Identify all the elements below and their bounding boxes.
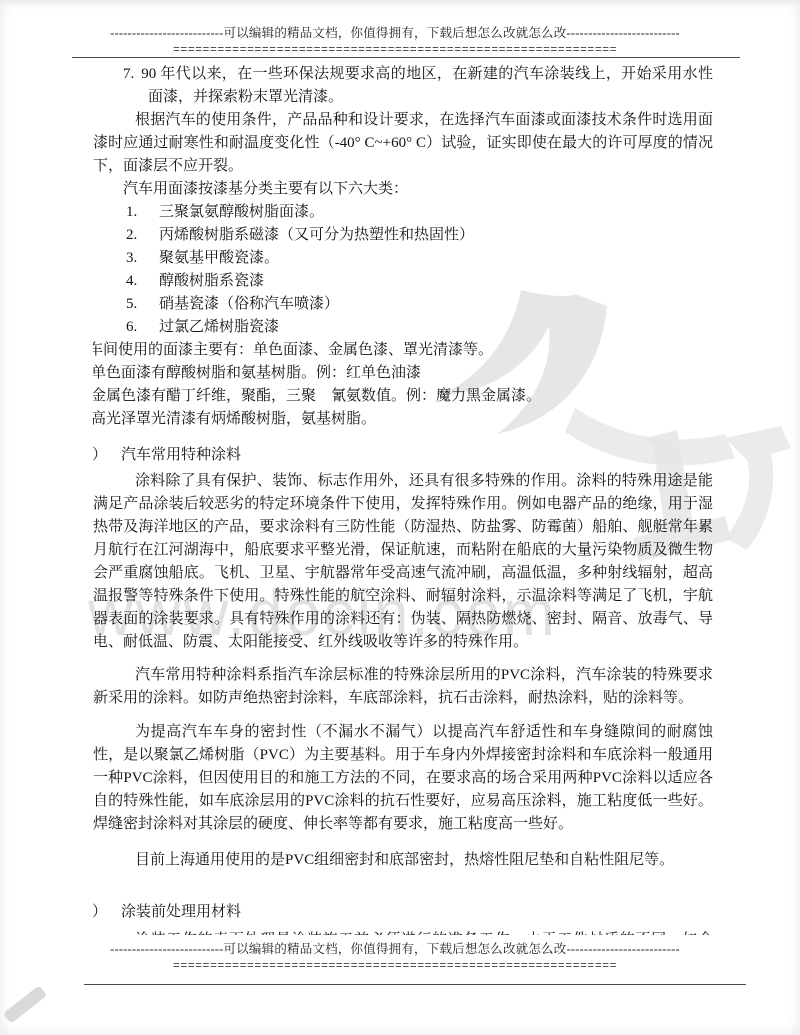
list-item-text: 高光泽罩光清漆有炳烯酸树脂，氨基树脂。: [93, 411, 376, 427]
header-banner-text: --------------------------可以编辑的精品文档，你值得拥…: [60, 23, 730, 41]
section-4-paragraph-3: 为提高汽车车身的密封性（不漏水不漏气）以提高汽车舒适性和车身缝隙间的耐腐蚀性，是…: [93, 721, 713, 836]
list-item: 3.聚氨基甲酸瓷漆。: [126, 247, 713, 270]
list-item: 3高光泽罩光清漆有炳烯酸树脂，氨基树脂。: [93, 408, 713, 431]
footer-rule: [84, 984, 746, 985]
shop-paint-list: 1.单色面漆有醇酸树脂和氨基树脂。例：红单色油漆 2.金属色漆有醋丁纤维，聚酯，…: [93, 362, 713, 431]
list-item: 4.醇酸树脂系瓷漆: [126, 270, 713, 293]
header-rule: [72, 57, 740, 58]
list-item-text: 聚氨基甲酸瓷漆。: [159, 250, 279, 266]
shop-paint-intro: 涂装车间使用的面漆主要有：单色面漆、金属色漆、罩光清漆等。: [93, 339, 713, 362]
header-equals-line: ========================================…: [60, 44, 730, 57]
section-4-paragraph-4: 目前上海通用使用的是PVC组细密封和底部密封，热熔性阻尼垫和自粘性阻尼等。: [93, 849, 713, 872]
list-item-text: 过氯乙烯树脂瓷漆: [159, 319, 279, 335]
list-item-text: 金属色漆有醋丁纤维，聚酯，三聚 氰氨数值。例：魔力黑金属漆。: [93, 388, 541, 404]
list-item-number: 4.: [126, 270, 159, 293]
list-item-7: 7.90 年代以来，在一些环保法规要求高的地区，在新建的汽车涂装线上，开始采用水…: [123, 63, 713, 109]
list-item-text: 三聚氯氨醇酸树脂面漆。: [159, 204, 324, 220]
list-item-number: 1.: [126, 201, 159, 224]
list-item-text: 硝基瓷漆（俗称汽车喷漆）: [159, 296, 339, 312]
list-item: 1.单色面漆有醇酸树脂和氨基树脂。例：红单色油漆: [93, 362, 713, 385]
list-item-7-number: 7.: [123, 66, 134, 82]
list-item-number: 2.: [126, 224, 159, 247]
section-4-paragraph-2: 汽车常用特种涂料系指汽车涂层标准的特殊涂层所用的PVC涂料，汽车涂装的特殊要求新…: [93, 664, 713, 710]
footer-banner-text: --------------------------可以编辑的精品文档，你值得拥…: [60, 939, 730, 957]
page-header: --------------------------可以编辑的精品文档，你值得拥…: [60, 23, 730, 57]
paint-type-list: 1.三聚氯氨醇酸树脂面漆。 2.丙烯酸树脂系磁漆（又可分为热塑性和热固性） 3.…: [93, 201, 713, 339]
section-4-title: 汽车常用特种涂料: [121, 447, 241, 463]
scan-edge-artifact: [0, 0, 800, 5]
footer-equals-line: ========================================…: [60, 960, 730, 973]
section-5-paragraph-1: 涂装工作的表面处理是涂装施工前必须进行的准备工作。由于工件材质的不同：如金属、木…: [93, 929, 713, 935]
section-5-heading: （五）涂装前处理用材料: [93, 901, 713, 924]
page-footer: --------------------------可以编辑的精品文档，你值得拥…: [60, 939, 730, 973]
paint-type-list-intro: 汽车用面漆按漆基分类主要有以下六大类：: [123, 178, 713, 201]
list-item-7-text: 90 年代以来，在一些环保法规要求高的地区，在新建的汽车涂装线上，开始采用水性面…: [141, 66, 713, 105]
list-item: 6.过氯乙烯树脂瓷漆: [126, 316, 713, 339]
scan-corner-artifact: [3, 985, 47, 1024]
section-4-number: （四）: [93, 447, 107, 463]
list-item: 2.丙烯酸树脂系磁漆（又可分为热塑性和热固性）: [126, 224, 713, 247]
section-5-number: （五）: [93, 904, 107, 920]
section-4-paragraph-1: 涂料除了具有保护、装饰、标志作用外，还具有很多特殊的作用。涂料的特殊用途是能满足…: [93, 470, 713, 654]
document-page: www.docin.com --------------------------…: [0, 0, 800, 1035]
list-item-number: 3.: [126, 247, 159, 270]
list-item: 1.三聚氯氨醇酸树脂面漆。: [126, 201, 713, 224]
list-item-number: 5.: [126, 293, 159, 316]
paragraph-usage-conditions: 根据汽车的使用条件，产品品种和设计要求，在选择汽车面漆或面漆技术条件时选用面漆时…: [93, 109, 713, 178]
section-4-heading: （四）汽车常用特种涂料: [93, 444, 713, 467]
list-item: 2.金属色漆有醋丁纤维，聚酯，三聚 氰氨数值。例：魔力黑金属漆。: [93, 385, 713, 408]
list-item: 5.硝基瓷漆（俗称汽车喷漆）: [126, 293, 713, 316]
list-item-text: 单色面漆有醇酸树脂和氨基树脂。例：红单色油漆: [93, 365, 421, 381]
list-item-number: 6.: [126, 316, 159, 339]
list-item-text: 丙烯酸树脂系磁漆（又可分为热塑性和热固性）: [159, 227, 474, 243]
document-body: 7.90 年代以来，在一些环保法规要求高的地区，在新建的汽车涂装线上，开始采用水…: [93, 63, 713, 935]
list-item-text: 醇酸树脂系瓷漆: [159, 273, 264, 289]
section-5-title: 涂装前处理用材料: [121, 904, 241, 920]
